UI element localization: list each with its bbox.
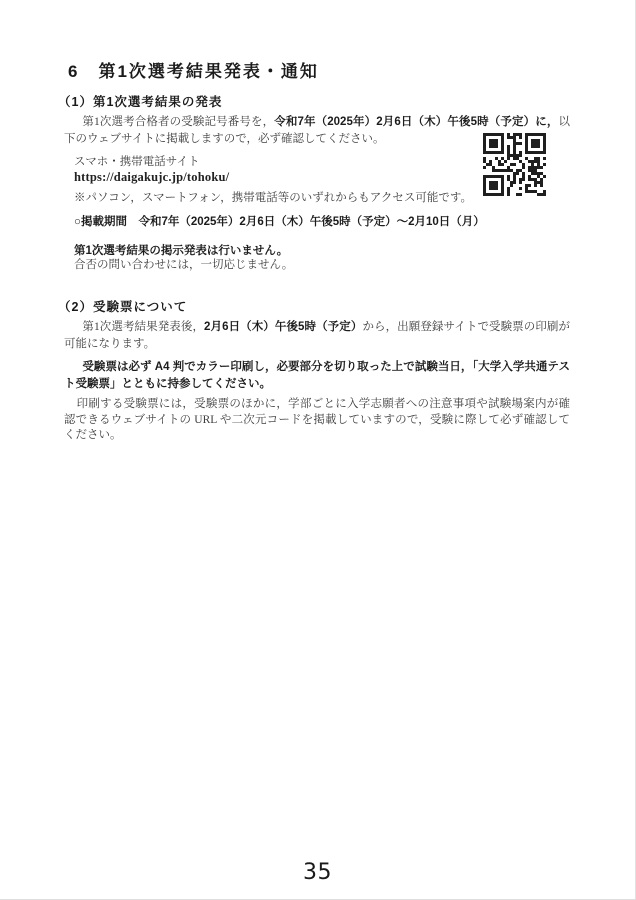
- result-announcement-text-1: 第1次選考合格者の受験記号番号を，: [82, 116, 274, 128]
- qr-code: [483, 133, 546, 196]
- subsection-1-title: （1）第1次選考結果の発表: [58, 95, 569, 109]
- document-page: 6 第1次選考結果発表・通知 （1）第1次選考結果の発表 第1次選考合格者の受験…: [0, 0, 636, 900]
- chapter-heading: 6 第1次選考結果発表・通知: [68, 62, 569, 82]
- ticket-print-text-1: 第1次選考結果発表後，: [82, 321, 204, 333]
- no-inquiry-note: 合否の問い合わせには，一切応じません。: [74, 259, 569, 272]
- notice-block: 第1次選考結果の掲示発表は行いません。 合否の問い合わせには，一切応じません。: [74, 244, 569, 272]
- subsection-2-title: （2）受験票について: [58, 300, 569, 314]
- page-content: 6 第1次選考結果発表・通知 （1）第1次選考結果の発表 第1次選考合格者の受験…: [0, 0, 635, 444]
- paragraph-ticket-info: 印刷する受験票には，受験票のほかに，学部ごとに入学志願者への注意事項や試験場案内…: [64, 397, 570, 444]
- no-bulletin-notice: 第1次選考結果の掲示発表は行いません。: [74, 244, 569, 258]
- posting-period: ○掲載期間 令和7年（2025年）2月6日（木）午後5時（予定）～2月10日（月…: [74, 216, 569, 229]
- page-number: 35: [0, 860, 635, 885]
- paragraph-ticket-instructions: 受験票は必ず A4 判でカラー印刷し，必要部分を切り取った上で試験当日，「大学入…: [64, 359, 570, 393]
- paragraph-ticket-print: 第1次選考結果発表後，2月6日（木）午後5時（予定）から，出願登録サイトで受験票…: [64, 319, 570, 353]
- ticket-print-datetime: 2月6日（木）午後5時（予定）: [204, 321, 362, 333]
- result-announcement-datetime: 令和7年（2025年）2月6日（木）午後5時（予定）に，: [274, 116, 558, 128]
- qr-code-image: [483, 133, 546, 196]
